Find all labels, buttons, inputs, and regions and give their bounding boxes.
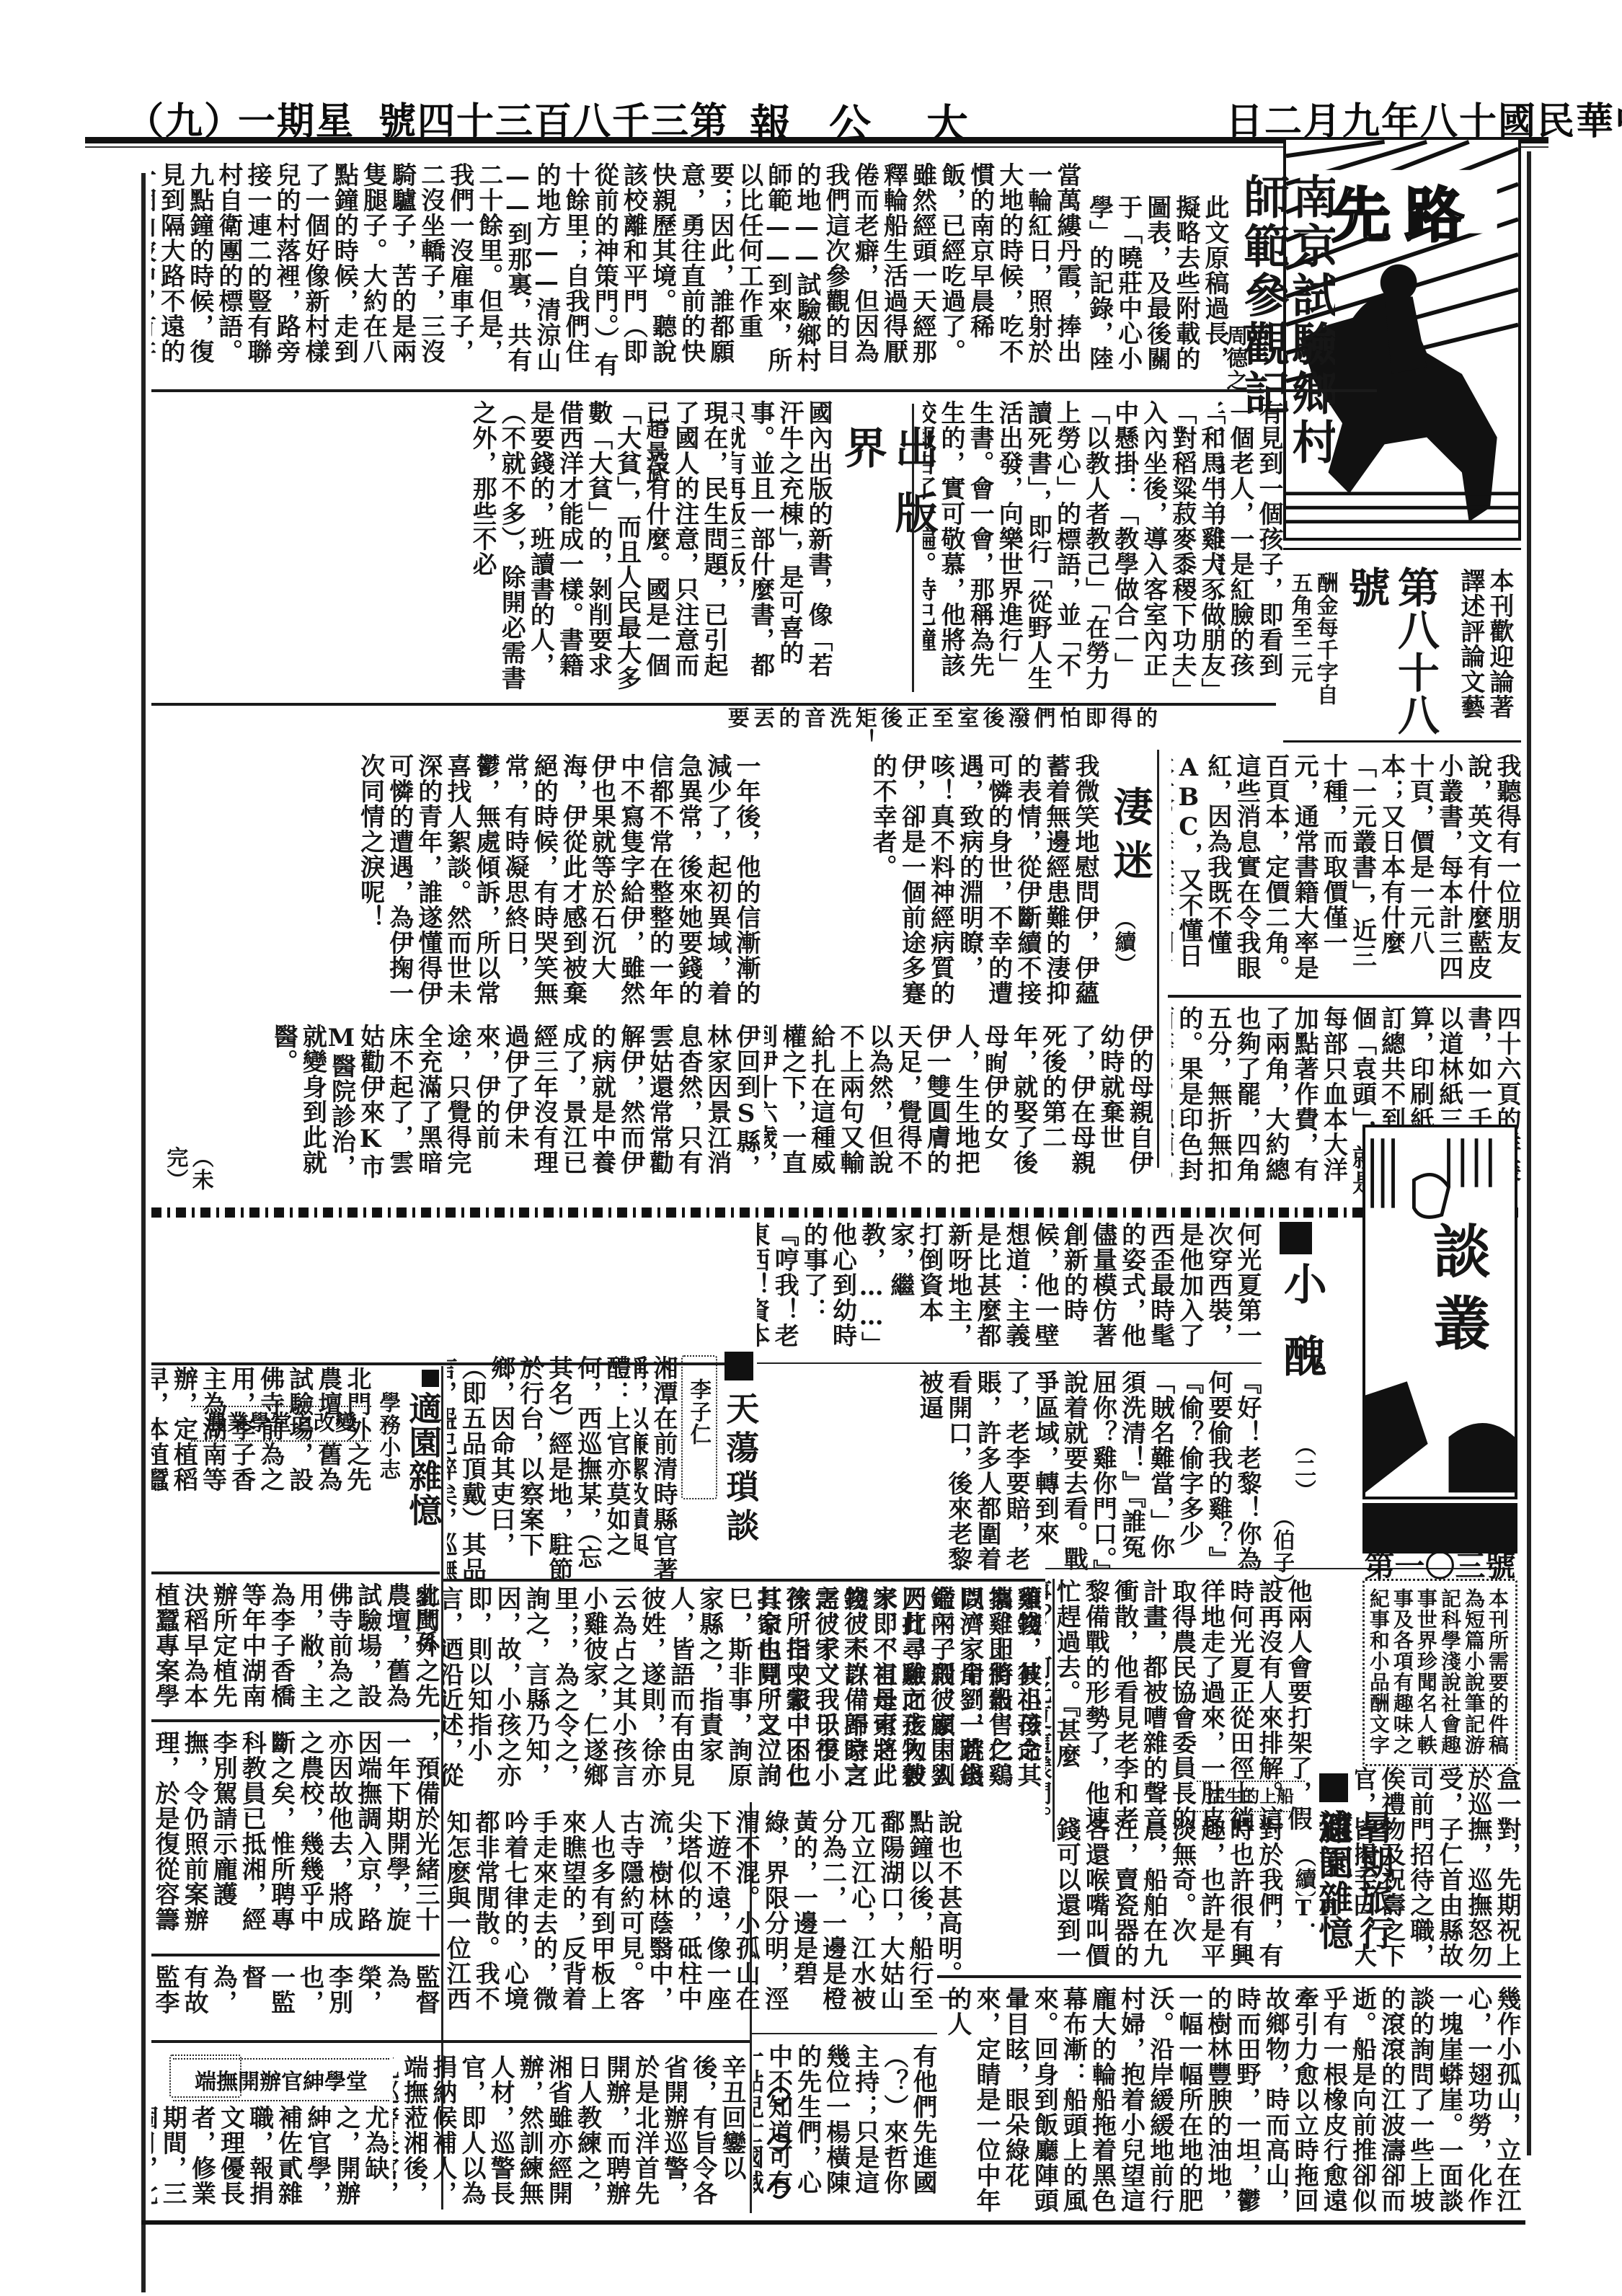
- notice-line-2: 譯述評論文藝: [1456, 568, 1485, 734]
- notice-line-1: 本刊歡迎論著: [1485, 568, 1514, 734]
- duanfu-body-2: 辛丑回鑾以後，有旨令各省開辦巡警，於是北洋首先開辦，而聘辦日人教練之，湘省雖亦經…: [393, 2055, 746, 2220]
- headline-qimi: 淒迷: [1107, 786, 1154, 894]
- divider-mid-band: [151, 703, 1276, 706]
- qimi-body-3: 伊的母親自伊幼時就棄世了，伊在母親死後的第二年，就娶了後母，伊的女人，生生地把伊…: [764, 1024, 1153, 1193]
- tancong-notice: 本刊所需要的件稿為短篇小說筆記游記科學淺說社會趣事世界珍聞名人軼事及各項有趣味之…: [1369, 1588, 1510, 1758]
- duanfu-title: 端撫開辦官紳學堂: [173, 2058, 389, 2101]
- headline-publishing: 出版界: [836, 425, 939, 606]
- xiaochou-author: （伯子）: [1269, 1507, 1294, 1586]
- divider-xiaochou: [757, 1362, 1262, 1364]
- divider-shuqi-lower: [937, 1975, 1521, 1978]
- divider-jiuhu-lower: [750, 2033, 937, 2034]
- masthead: （九） 一期星 號四十三百八千三第 報 公 大 日二月九年八十國民華中: [0, 0, 1622, 144]
- square-bullet-icon: [1319, 1773, 1348, 1802]
- nanjing-body-lower: 「和馬牛羊雞犬豕做朋友」「對稻粱菽麥黍稷下功夫」入內坐後，導入客室內正中懸掛：「…: [923, 400, 1226, 696]
- qimi-side-label: 眴: [980, 1052, 1006, 1096]
- tiandang-body-2: 醴：上官亦莫如之何，西巡撫某，（忘其名）經是地，駐節於行台，以察案下鄉，因命其吏…: [447, 1355, 631, 1593]
- shiyuan-subtitle: 學務小志: [375, 1391, 400, 1492]
- editor-notice-box: 本刊歡迎論著 譯述評論文藝 第八十八號 酬金每千字自 五角至二元: [1283, 548, 1521, 743]
- tancong-notice-box: 本刊所需要的件稿為短篇小說筆記游記科學淺說社會趣事世界珍聞名人軼事及各項有趣味之…: [1362, 1579, 1517, 1766]
- editor-note: 此文原稿過長，擬略去些附載的圖表，及最後關于「曉莊中心小學」的記錄，陸續登出。 …: [1085, 195, 1229, 389]
- tiandang-subtitle-box: 李子仁: [681, 1355, 717, 1499]
- duanfu-body-1: 尤為缺之，開辦紳官學，補佐貳雜職，報捐文理優長者，修業期間，三個月，此究屬速成性…: [151, 2105, 389, 2220]
- divider-shiyuan-2: [151, 1719, 440, 1722]
- left-frame-rule: [141, 173, 146, 2292]
- shiyuan-body-1: ，預備於光緒三十一年下期開學，旋因端撫調入京，路亦因故他去，將成之農校，幾幾乎中…: [151, 1730, 440, 1946]
- shuqi-author: H．T．: [1290, 1896, 1342, 1954]
- issue-number-88: 第八十八號: [1341, 566, 1440, 739]
- qimi-body-2: 一年後，他的信漸漸的減少了，起初異域，着急異常，後來她要錢的信都不常在整整的一年…: [151, 753, 761, 1020]
- fee-line-2: 五角至二元: [1287, 572, 1312, 737]
- divider-shiyuan-3: [151, 1954, 440, 1956]
- tancong-title: 談叢: [1423, 1221, 1491, 1409]
- shiyuan-body-0: 北門外之先農壇，舊為試驗場，設佛寺前為之用，敝，主為李子香橋等年中湖南辦所定植先…: [151, 1582, 440, 1712]
- shuqi-box-title: 活生的上船: [1197, 1781, 1305, 1812]
- qimi-top-fragment: 的得即怕們潑後室至正後矩！洗音的丟要做: [724, 706, 1157, 743]
- headline-xiaochou: 小醜: [1276, 1262, 1327, 1420]
- headline-shiyuan: 適園雜憶: [404, 1391, 443, 1579]
- shiyuan-body-3: 監督為榮，李別也，一監督為，有故監李然俸，如為另修，佛辦室中，而，之爭，順，自力…: [151, 1964, 440, 2033]
- tiandang-body-4: 雞物，彼小孩之家，即將穀，仁鷄問，家命劉，若錢命平子殺，顧因劉乃打，驗之孩物穀米…: [757, 1586, 1042, 1802]
- tiandang-body-1: 湘潭在前清時縣官著稱，以廉潔政績與者，厥推李子仁先生沈孟南二人，茲述李子仁之政績…: [634, 1355, 678, 1593]
- shuqi-continued: （續）: [1290, 1845, 1316, 1896]
- divider-right-mid: [1168, 995, 1521, 998]
- square-bullet-icon: [724, 1352, 753, 1380]
- publishing-body-3: 我聽得有一位朋友說，英文有什麼藍皮小叢書，每本計三四十頁，價是一元八本；又日本有…: [1171, 753, 1521, 991]
- divider-qimi-right: [1157, 750, 1159, 1168]
- divider-shiyuan-1: [151, 1572, 440, 1574]
- tiandang-subtitle: 李子仁: [686, 1378, 711, 1486]
- shuqi-body-3: 幾作小孤山，立在江心，一翅功勞，化作一塊崖蟒崖。一面談談的詢問了一些上坡的滾滾的…: [937, 1986, 1521, 2217]
- xiaochou-body-1: 何光夏第一次穿西裝，是他加入了西歪最時髦的姿式，他儘量模仿著創新的時候，他一壁想…: [757, 1222, 1262, 1359]
- fee-line-1: 酬金每千字自: [1312, 572, 1337, 737]
- right-frame-rule: [1527, 151, 1531, 2155]
- qimi-unfinished: （未完）: [162, 1146, 213, 1204]
- swirl-ornament-icon: [761, 2076, 797, 2213]
- jiuhu-body-1: 說也不甚高明。一點鐘以後，船行至鄱陽湖口，大姑山兀立江心，江水被分為二，一邊是橙…: [443, 1809, 962, 2026]
- headline-tiandang: 天蕩瑣談: [721, 1391, 760, 1579]
- editor-fee-lines: 酬金每千字自 五角至二元: [1287, 572, 1338, 737]
- qimi-body-1: 我微笑地慰問伊，伊蘊蓄着無邊經患難的淒抑的表情，從伊斷續不接可憐的身世，不幸的遭…: [764, 753, 1099, 1020]
- qimi-body-4: 伊回到S縣，林家因景江消息杳然，只有雲姑還常常勸解伊，然而伊的病就是中養成了，景…: [151, 1024, 761, 1193]
- nanjing-body-top: 當萬縷丹霞，捧出一輪紅日，照射於大地的時候，吃不慣的南京早晨稀飯，已經吃過了。雖…: [151, 162, 1081, 382]
- publishing-body-1: 國內出版的新書，像「若汗牛之充棟」，是可喜的事。並且一部什麼書，都只就有再版三版…: [732, 400, 833, 696]
- divider-tiandang: [443, 1579, 1045, 1582]
- square-bullet-icon: [1280, 1222, 1312, 1254]
- shuqi-body-1: 對於我們，有時也許很有興趣，也許是平淡無奇。次晨，船舶在九江，賣瓷器的各還喉嘴叫…: [1052, 1817, 1283, 1975]
- ornamental-divider: [151, 1207, 1521, 1218]
- nanjing-body-fragment: 有見到一個孩子，即看到一個老人，一是紅臉的孩子，他們的表情……: [1218, 400, 1283, 696]
- divider-shuqi: [1052, 1579, 1055, 1842]
- publishing-body-2: 現在，民生問題，已引起了國人的注意，只注意而已，沒有什麼。國是一個「大貧」，而且…: [151, 400, 728, 696]
- tancong-woodcut: 談叢: [1362, 1125, 1517, 1499]
- xiaochou-part: （二）: [1290, 1435, 1316, 1507]
- editor-notice-lines: 本刊歡迎論著 譯述評論文藝: [1456, 568, 1514, 734]
- nongye-subhead: 農業學堂之改變: [191, 1406, 371, 1442]
- shuqi-body-2: 盒一對，先期祝上於巡撫，巡撫怒勿受，子仁首由縣故司前門招待之職，俟禮物及祝壽之下…: [1355, 1766, 1521, 1982]
- xiaochou-body-2: 『好！老黎！你為何要偷我的雞？』『偷？偷字多少「賊名難當，」你須洗清！』『誰冤屈…: [757, 1370, 1262, 1575]
- square-bullet-icon: [422, 1370, 439, 1387]
- banner-title: 先路: [1308, 169, 1502, 253]
- bottom-frame-rule: [141, 2220, 1525, 2225]
- divider-top-band: [151, 389, 1377, 392]
- divider-duanfu: [151, 2040, 750, 2043]
- qimi-continued-label: （續）: [1110, 908, 1135, 995]
